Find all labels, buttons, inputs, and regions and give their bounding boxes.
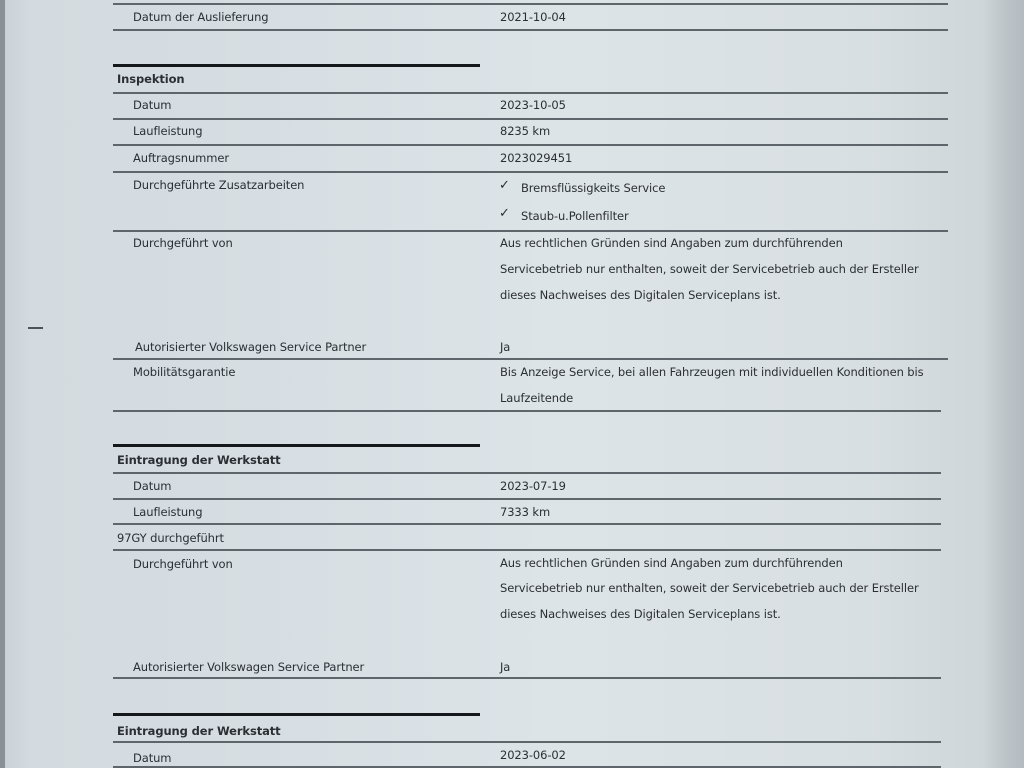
check-icon: ✓ [499,207,510,221]
value-laufleistung: 7333 km [500,505,550,519]
value-auftragsnummer: 2023029451 [500,151,572,165]
divider [113,29,948,31]
divider [113,498,941,500]
divider [113,410,941,412]
label-mobilitaetsgarantie: Mobilitätsgarantie [133,365,235,379]
legal-note-line: Servicebetrieb nur enthalten, soweit der… [500,581,919,595]
service-record-document: Datum der Auslieferung 2021-10-04 Inspek… [0,0,1024,768]
value-mobilitaetsgarantie-line: Laufzeitende [500,391,573,405]
divider [113,472,941,474]
section-rule [113,64,480,67]
label-durchgefuehrt-von: Durchgeführt von [133,557,233,571]
label-durchgefuehrt-von: Durchgeführt von [133,236,233,250]
divider [113,677,941,679]
zusatz-item: Staub-u.Pollenfilter [521,209,629,223]
value-datum-auslieferung: 2021-10-04 [500,10,566,24]
label-datum: Datum [133,751,171,765]
label-datum-auslieferung: Datum der Auslieferung [133,10,268,24]
divider [113,92,948,94]
legal-note-line: Servicebetrieb nur enthalten, soweit der… [500,262,919,276]
value-datum: 2023-07-19 [500,479,566,493]
divider [113,523,941,525]
label-auftragsnummer: Auftragsnummer [133,151,229,165]
divider [113,144,948,146]
label-laufleistung: Laufleistung [133,505,202,519]
section-rule [113,444,480,447]
label-service-partner: Autorisierter Volkswagen Service Partner [133,660,364,674]
legal-note-line: Aus rechtlichen Gründen sind Angaben zum… [500,236,843,250]
divider [113,118,948,120]
section-title-werkstatt: Eintragung der Werkstatt [117,724,281,738]
label-datum: Datum [133,479,171,493]
section-rule [113,713,480,716]
label-zusatzarbeiten: Durchgeführte Zusatzarbeiten [133,178,304,192]
divider [113,3,948,5]
label-service-partner: Autorisierter Volkswagen Service Partner [135,340,366,354]
value-datum: 2023-10-05 [500,98,566,112]
value-service-partner: Ja [500,660,510,674]
legal-note-line: dieses Nachweises des Digitalen Servicep… [500,607,781,621]
value-laufleistung: 8235 km [500,124,550,138]
zusatz-item: Bremsflüssigkeits Service [521,181,665,195]
legal-note-line: Aus rechtlichen Gründen sind Angaben zum… [500,556,843,570]
label-97gy-durchgefuehrt: 97GY durchgeführt [117,531,224,545]
legal-note-line: dieses Nachweises des Digitalen Servicep… [500,288,781,302]
divider [113,358,948,360]
divider [113,230,948,232]
section-title-werkstatt: Eintragung der Werkstatt [117,453,281,467]
divider [113,171,948,173]
section-title-inspektion: Inspektion [117,72,185,86]
label-datum: Datum [133,98,171,112]
label-laufleistung: Laufleistung [133,124,202,138]
value-datum: 2023-06-02 [500,748,566,762]
value-service-partner: Ja [500,340,510,354]
value-mobilitaetsgarantie-line: Bis Anzeige Service, bei allen Fahrzeuge… [500,365,924,379]
divider [113,549,941,551]
check-icon: ✓ [499,179,510,193]
divider [113,741,941,743]
